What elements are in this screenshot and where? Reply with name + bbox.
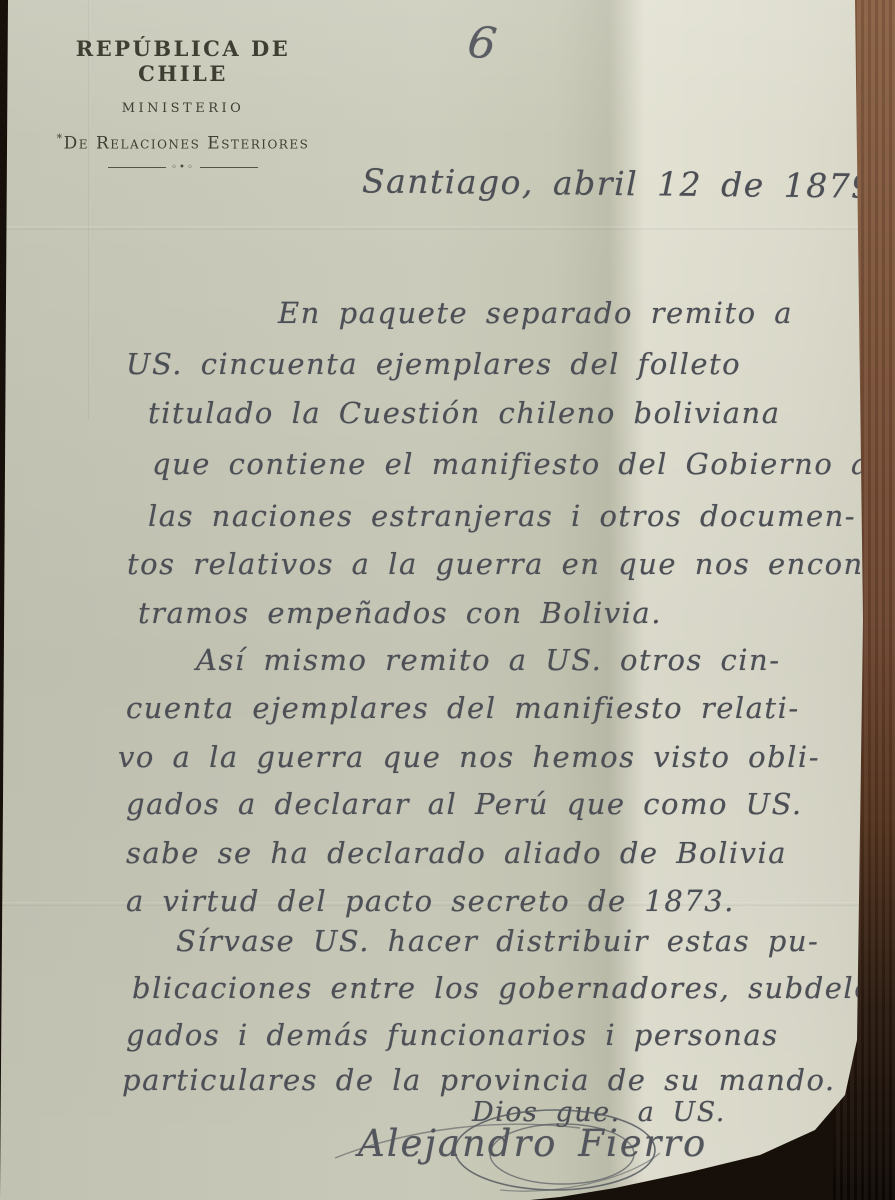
letter-line: Sírvase US. hacer distribuir estas pu- [176,924,819,958]
letterhead-mark: * [57,132,64,145]
letter-line: tos relativos a la guerra en que nos enc… [127,547,875,581]
signature-name: Alejandro Fierro [358,1122,707,1165]
letter-line: sabe se ha declarado aliado de Bolivia [126,836,787,870]
letter-line: blicaciones entre los gobernadores, subd… [132,971,884,1005]
letter-line: particulares de la provincia de su mando… [122,1063,836,1097]
letterhead-republic: REPÚBLICA DE CHILE [38,36,328,86]
letterhead-department: *De Relaciones Esteriores [38,132,328,154]
letter-line: gados i demás funcionarios i personas [126,1018,779,1052]
letterhead-department-text: De Relaciones Esteriores [64,134,310,154]
letter-line: gados a declarar al Perú que como US. [126,787,803,821]
letter-line: Así mismo remito a US. otros cin- [196,643,781,677]
letter-line: tramos empeñados con Bolivia. [138,596,662,630]
letter-line: US. cincuenta ejemplares del folleto [126,347,741,381]
letter-paper: REPÚBLICA DE CHILE MINISTERIO *De Relaci… [0,0,895,1200]
letter-line: que contiene el manifiesto del Gobierno … [152,447,870,481]
letterhead-ornament: ◦•◦ [38,162,328,173]
dateline: Santiago, abril 12 de 1879 [362,161,874,205]
letter-line: cuenta ejemplares del manifiesto relati- [126,691,800,725]
letter-line: titulado la Cuestión chileno boliviana [148,396,781,430]
page-number: 6 [465,16,501,71]
letter-line: En paquete separado remito a [278,296,793,330]
ornament-rule-left [108,167,166,168]
horizontal-fold-crease [0,226,895,230]
letter-line: las naciones estranjeras i otros documen… [148,499,856,533]
letterhead: REPÚBLICA DE CHILE MINISTERIO *De Relaci… [38,36,328,173]
ornament-glyph: ◦•◦ [171,162,195,173]
letter-line: a virtud del pacto secreto de 1873. [126,884,735,918]
ornament-rule-right [200,167,258,168]
photo-scene: REPÚBLICA DE CHILE MINISTERIO *De Relaci… [0,0,895,1200]
letterhead-ministry: MINISTERIO [38,101,328,116]
letter-line: vo a la guerra que nos hemos visto obli- [118,740,820,774]
